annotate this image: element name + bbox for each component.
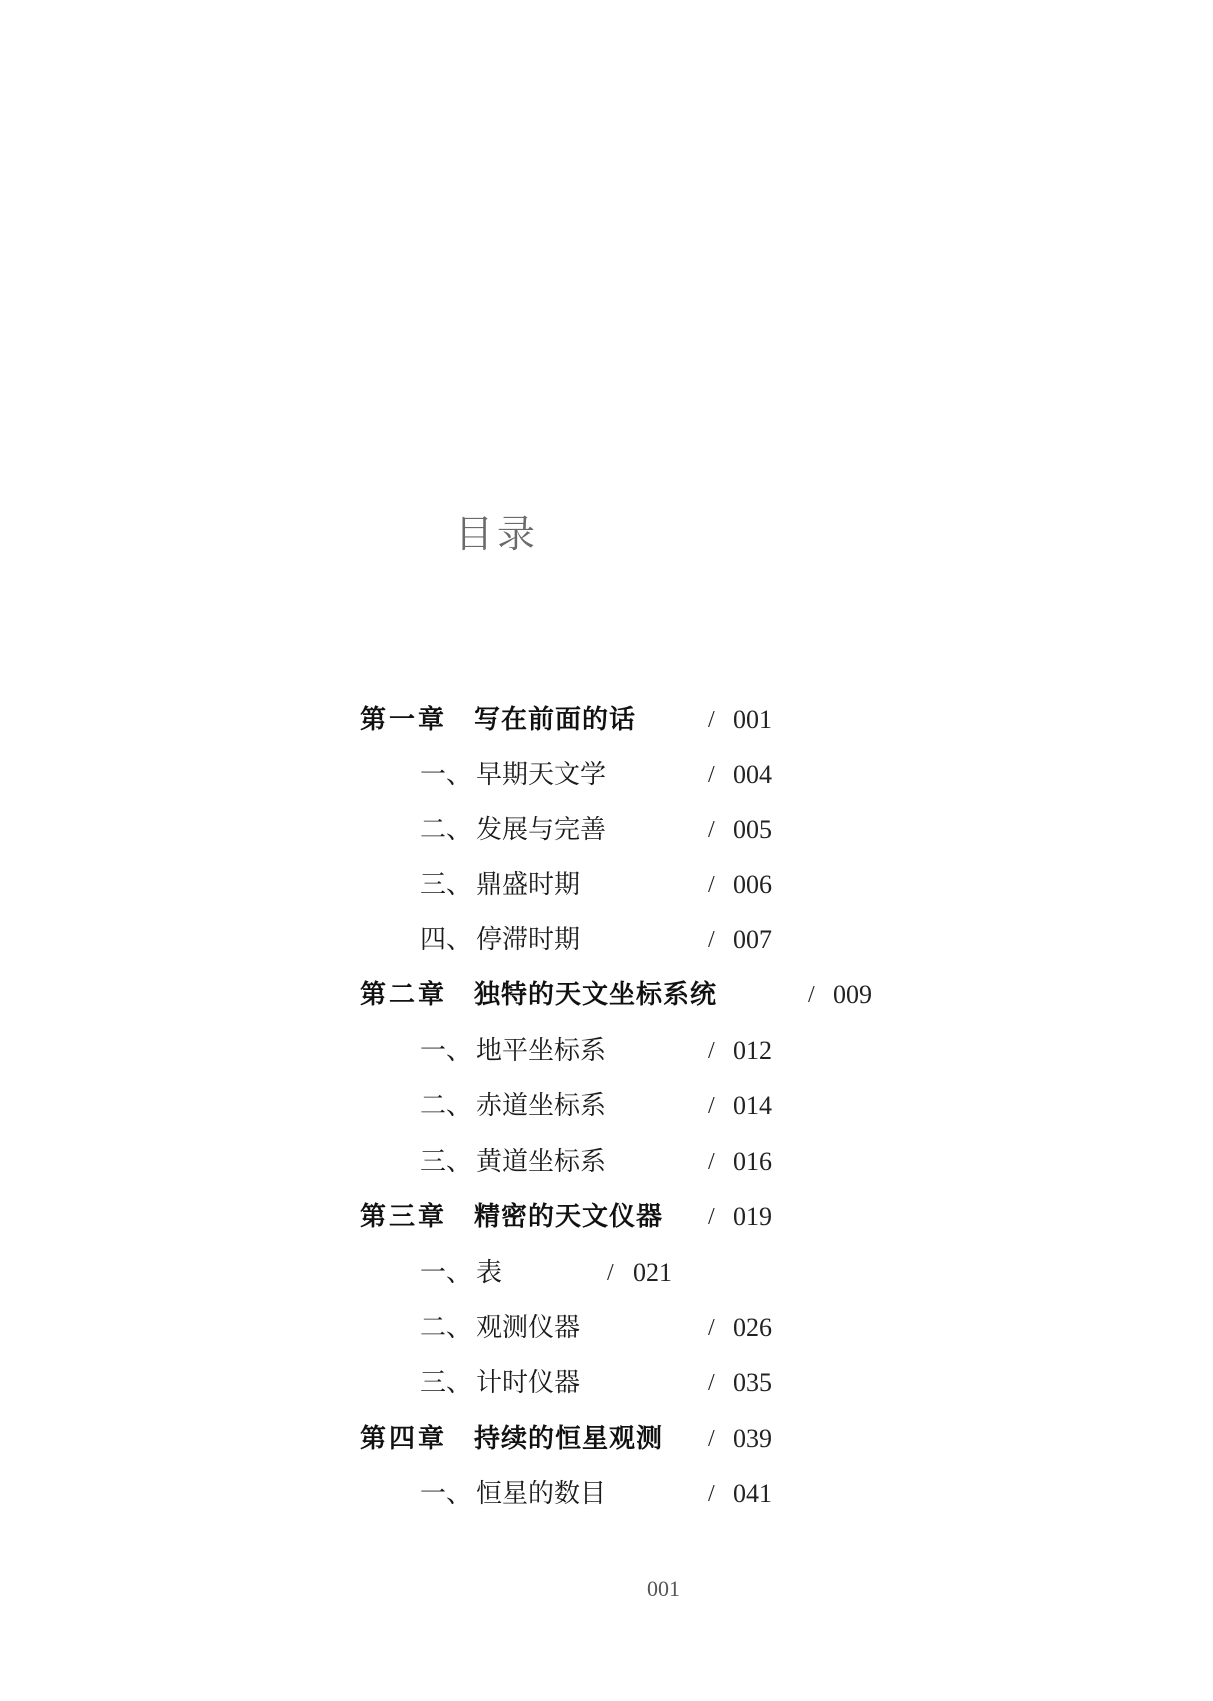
page-number: 001 xyxy=(733,700,772,740)
section-number: 一、 xyxy=(420,755,472,795)
page-number: 007 xyxy=(733,920,772,960)
section-number: 四、 xyxy=(420,920,472,960)
section-number: 三、 xyxy=(420,1363,472,1403)
chapter-number: 第二章 xyxy=(360,975,447,1015)
page-separator: / xyxy=(607,1253,614,1293)
page-separator: / xyxy=(708,920,715,960)
chapter-number: 第一章 xyxy=(360,700,447,740)
section-number: 二、 xyxy=(420,1308,472,1348)
section-title: 表 xyxy=(476,1253,502,1293)
section-title: 停滞时期 xyxy=(476,920,580,960)
chapter-title: 精密的天文仪器 xyxy=(474,1197,663,1237)
page-number: 019 xyxy=(733,1197,772,1237)
section-title: 赤道坐标系 xyxy=(476,1086,606,1126)
section-number: 三、 xyxy=(420,1142,472,1182)
page-separator: / xyxy=(708,1197,715,1237)
section-number: 一、 xyxy=(420,1474,472,1514)
page-separator: / xyxy=(708,700,715,740)
page-number: 006 xyxy=(733,865,772,905)
page-number: 041 xyxy=(733,1474,772,1514)
page-number: 005 xyxy=(733,810,772,850)
page-number: 004 xyxy=(733,755,772,795)
page-separator: / xyxy=(708,1308,715,1348)
section-number: 一、 xyxy=(420,1253,472,1293)
page-separator: / xyxy=(708,1419,715,1459)
section-title: 地平坐标系 xyxy=(476,1031,606,1071)
chapter-title: 写在前面的话 xyxy=(474,700,636,740)
footer-page-number: 001 xyxy=(647,1576,680,1602)
page-number: 016 xyxy=(733,1142,772,1182)
page-number: 021 xyxy=(633,1253,672,1293)
page-separator: / xyxy=(708,1142,715,1182)
page-number: 026 xyxy=(733,1308,772,1348)
page-number: 009 xyxy=(833,975,872,1015)
page-number: 039 xyxy=(733,1419,772,1459)
page-separator: / xyxy=(708,755,715,795)
page-number: 014 xyxy=(733,1086,772,1126)
section-title: 计时仪器 xyxy=(476,1363,580,1403)
section-title: 黄道坐标系 xyxy=(476,1142,606,1182)
chapter-number: 第四章 xyxy=(360,1419,447,1459)
page-number: 012 xyxy=(733,1031,772,1071)
section-title: 早期天文学 xyxy=(476,755,606,795)
page-number: 035 xyxy=(733,1363,772,1403)
page-separator: / xyxy=(708,865,715,905)
page-separator: / xyxy=(708,1363,715,1403)
section-title: 发展与完善 xyxy=(476,810,606,850)
section-number: 一、 xyxy=(420,1031,472,1071)
section-number: 三、 xyxy=(420,865,472,905)
section-title: 鼎盛时期 xyxy=(476,865,580,905)
section-title: 观测仪器 xyxy=(476,1308,580,1348)
section-number: 二、 xyxy=(420,1086,472,1126)
page-separator: / xyxy=(708,1031,715,1071)
page-separator: / xyxy=(808,975,815,1015)
page-separator: / xyxy=(708,1086,715,1126)
section-number: 二、 xyxy=(420,810,472,850)
section-title: 恒星的数目 xyxy=(476,1474,606,1514)
table-of-contents: 第一章 写在前面的话 / 001 一、 早期天文学 / 004 二、 发展与完善… xyxy=(0,0,1213,1701)
page-separator: / xyxy=(708,1474,715,1514)
chapter-number: 第三章 xyxy=(360,1197,447,1237)
page-separator: / xyxy=(708,810,715,850)
chapter-title: 独特的天文坐标系统 xyxy=(474,975,717,1015)
chapter-title: 持续的恒星观测 xyxy=(474,1419,663,1459)
